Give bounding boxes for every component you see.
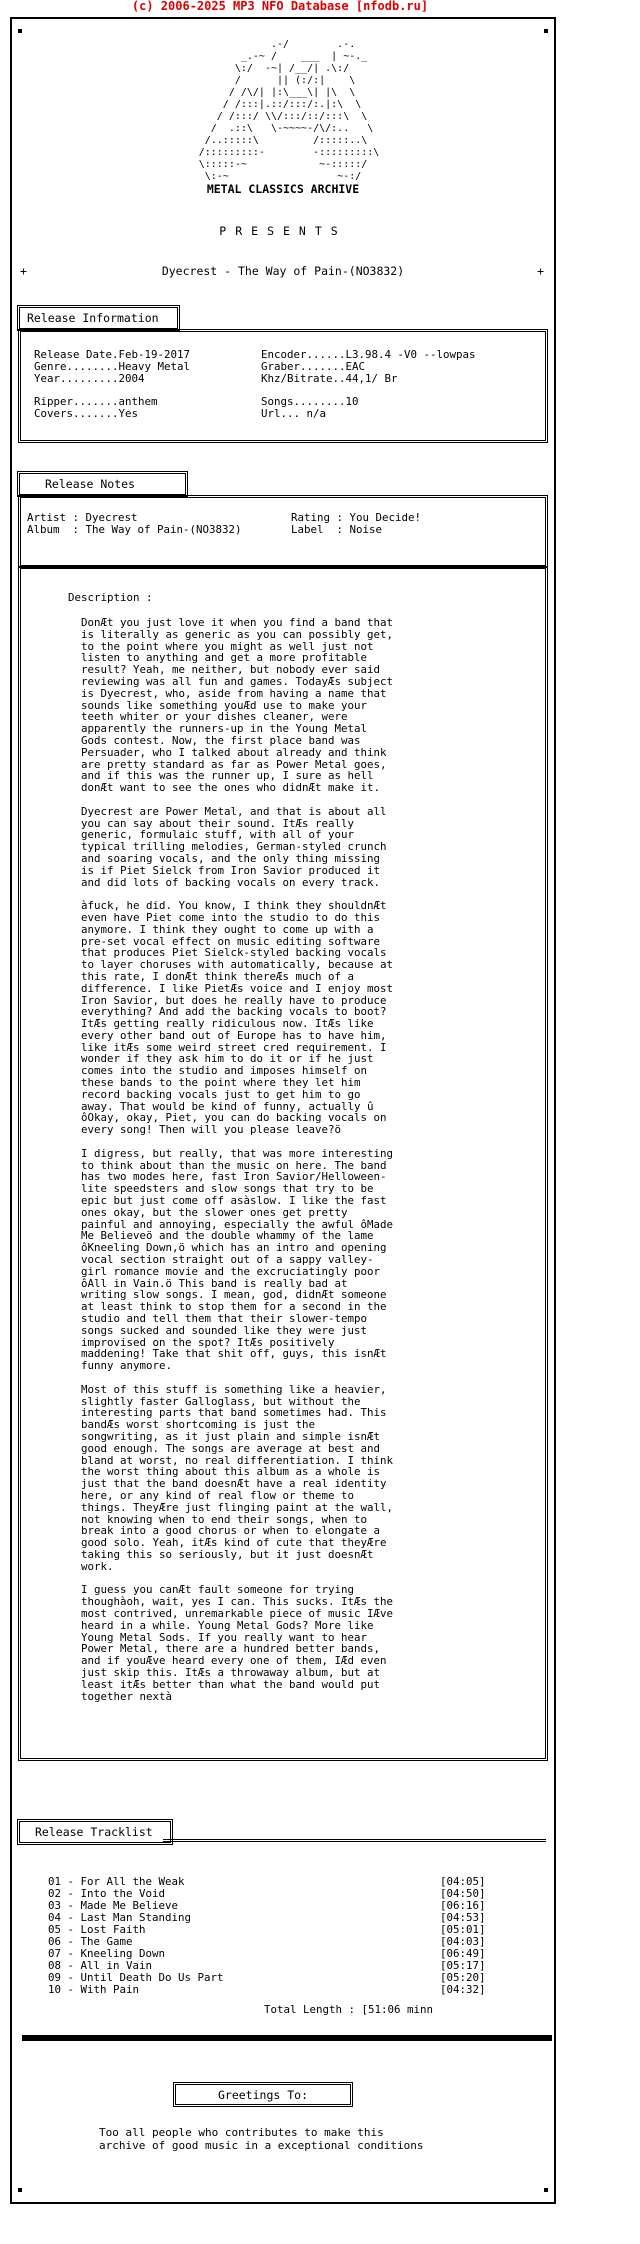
greetings-title: Greetings To: [218,2088,308,2102]
description-line: least itÆs better than what the band wou… [81,1679,393,1691]
presents-heading: PRESENTS [12,224,554,238]
description-line: record backing vocals just to get him to… [81,1089,393,1101]
release-info-tab: Release Information [17,305,180,331]
total-length: Total Length : [51:06 minn [264,2004,433,2016]
plus-marker-right: + [537,264,544,278]
greetings-title-box: Greetings To: [173,2082,353,2107]
description-line: donÆt want to see the ones who didnÆt ma… [81,782,393,794]
description-line: every other band out of Europe has to ha… [81,1030,393,1042]
corner-marker-top-left [18,29,22,33]
description-line: songwriting, as it just plain and simple… [81,1431,393,1443]
description-line: just skip this. ItÆs a throwaway album, … [81,1667,393,1679]
release-info-left: Release Date.Feb-19-2017Genre........Hea… [34,349,190,420]
release-title: Dyecrest - The Way of Pain-(NO3832) [12,264,554,278]
tracklist: 01 - For All the Weak[04:05]02 - Into th… [48,1876,486,1996]
release-info-box: Release Date.Feb-19-2017Genre........Hea… [18,329,548,443]
separator-bar [22,2035,552,2041]
release-title-line: + Dyecrest - The Way of Pain-(NO3832) + [12,264,554,278]
release-info-field: Genre........Heavy Metal [34,361,190,373]
description-line: girl romance movie and the excruciatingl… [81,1266,393,1278]
description-line: Persuader, who I talked about already an… [81,747,393,759]
description-line: even have Piet come into the studio to d… [81,912,393,924]
description-line: is literally as generic as you can possi… [81,629,393,641]
description-line: things. TheyÆre just flinging paint at t… [81,1502,393,1514]
track-row: 10 - With Pain[04:32] [48,1984,486,1996]
description-line: difference. I like PietÆs voice and I en… [81,983,393,995]
album-line: Album : The Way of Pain-(NO3832) [27,524,242,536]
track-length: [04:32] [440,1984,486,1996]
release-info-field: Year.........2004 [34,373,190,385]
release-notes-header-box: Artist : Dyecrest Album : The Way of Pai… [18,495,548,568]
track-title: 10 - With Pain [48,1984,440,1996]
description-line: this rate, I donÆt think thereÆs much of… [81,971,393,983]
tracklist-tab-label: Release Tracklist [35,1825,153,1839]
tracklist-rule [163,1839,546,1843]
description-line: is Dyecrest, who, aside from having a na… [81,688,393,700]
description-line: together nextà [81,1691,393,1703]
release-notes-tab-label: Release Notes [45,477,135,491]
description-body: DonÆt you just love it when you find a b… [81,617,393,1702]
description-line: Most of this stuff is something like a h… [81,1384,393,1396]
logo-title: METAL CLASSICS ARCHIVE [12,182,554,196]
tracklist-tab: Release Tracklist [17,1819,173,1845]
release-info-tab-label: Release Information [27,311,159,325]
description-line: reviewing was all fun and games. TodayÆs… [81,676,393,688]
release-info-right: Encoder......L3.98.4 -V0 --lowpasGraber.… [261,349,476,420]
release-info-field: Covers.......Yes [34,408,190,420]
description-line: and did lots of backing vocals on every … [81,877,393,889]
description-line: taking this so seriously, but it just do… [81,1549,393,1561]
corner-marker-top-right [544,29,548,33]
copyright-banner: (c) 2006-2025 MP3 NFO Database [nfodb.ru… [0,0,560,13]
description-line: songs sucked and sounded like they were … [81,1325,393,1337]
total-length-value: [51:06 minn [362,2003,434,2016]
description-line [81,794,393,806]
label-value: Noise [350,523,383,536]
description-line: good enough. The songs are average at be… [81,1443,393,1455]
greetings-line: archive of good music in a exceptional c… [99,2140,424,2153]
label-line: Label : Noise [291,524,382,536]
label-label: Label : [291,523,350,536]
release-info-field: Url... n/a [261,408,476,420]
description-line: funny anymore. [81,1360,393,1372]
greetings-line: Too all people who contributes to make t… [99,2127,424,2140]
album-label: Album : [27,523,86,536]
corner-marker-bottom-right [544,2188,548,2192]
description-line: most contrived, unremarkable piece of mu… [81,1608,393,1620]
description-line: Gods contest. Now, the first place band … [81,735,393,747]
album-value: The Way of Pain-(NO3832) [86,523,242,536]
description-line: work. [81,1561,393,1573]
description-line: anymore. I think they ought to come up w… [81,924,393,936]
description-line: I digress, but really, that was more int… [81,1148,393,1160]
release-info-field: Graber.......EAC [261,361,476,373]
ascii-logo-art: .-/ .-. _.-~ / ___ | ~-._ \:/ -~| /__/| … [187,39,380,183]
description-line: Dyecrest are Power Metal, and that is ab… [81,806,393,818]
release-info-field: Khz/Bitrate..44,1/ Br [261,373,476,385]
description-line: heard in a while. Young Metal Gods? More… [81,1620,393,1632]
description-line: every song! Then will you please leave?ö [81,1124,393,1136]
nfo-frame: .-/ .-. _.-~ / ___ | ~-._ \:/ -~| /__/| … [10,17,556,2204]
description-line: and soaring vocals, and the only thing m… [81,853,393,865]
total-length-label: Total Length : [264,2003,362,2016]
release-notes-tab: Release Notes [17,471,188,497]
greetings-text: Too all people who contributes to make t… [99,2127,424,2152]
corner-marker-bottom-left [18,2188,22,2192]
description-line: ones okay, but the slower ones get prett… [81,1207,393,1219]
description-box: Description : DonÆt you just love it whe… [18,566,548,1761]
ascii-logo: .-/ .-. _.-~ / ___ | ~-._ \:/ -~| /__/| … [12,39,554,183]
description-line: is if Piet Sielck from Iron Savior produ… [81,865,393,877]
description-label: Description : [68,592,153,604]
description-line: here, or any kind of real flow or theme … [81,1490,393,1502]
